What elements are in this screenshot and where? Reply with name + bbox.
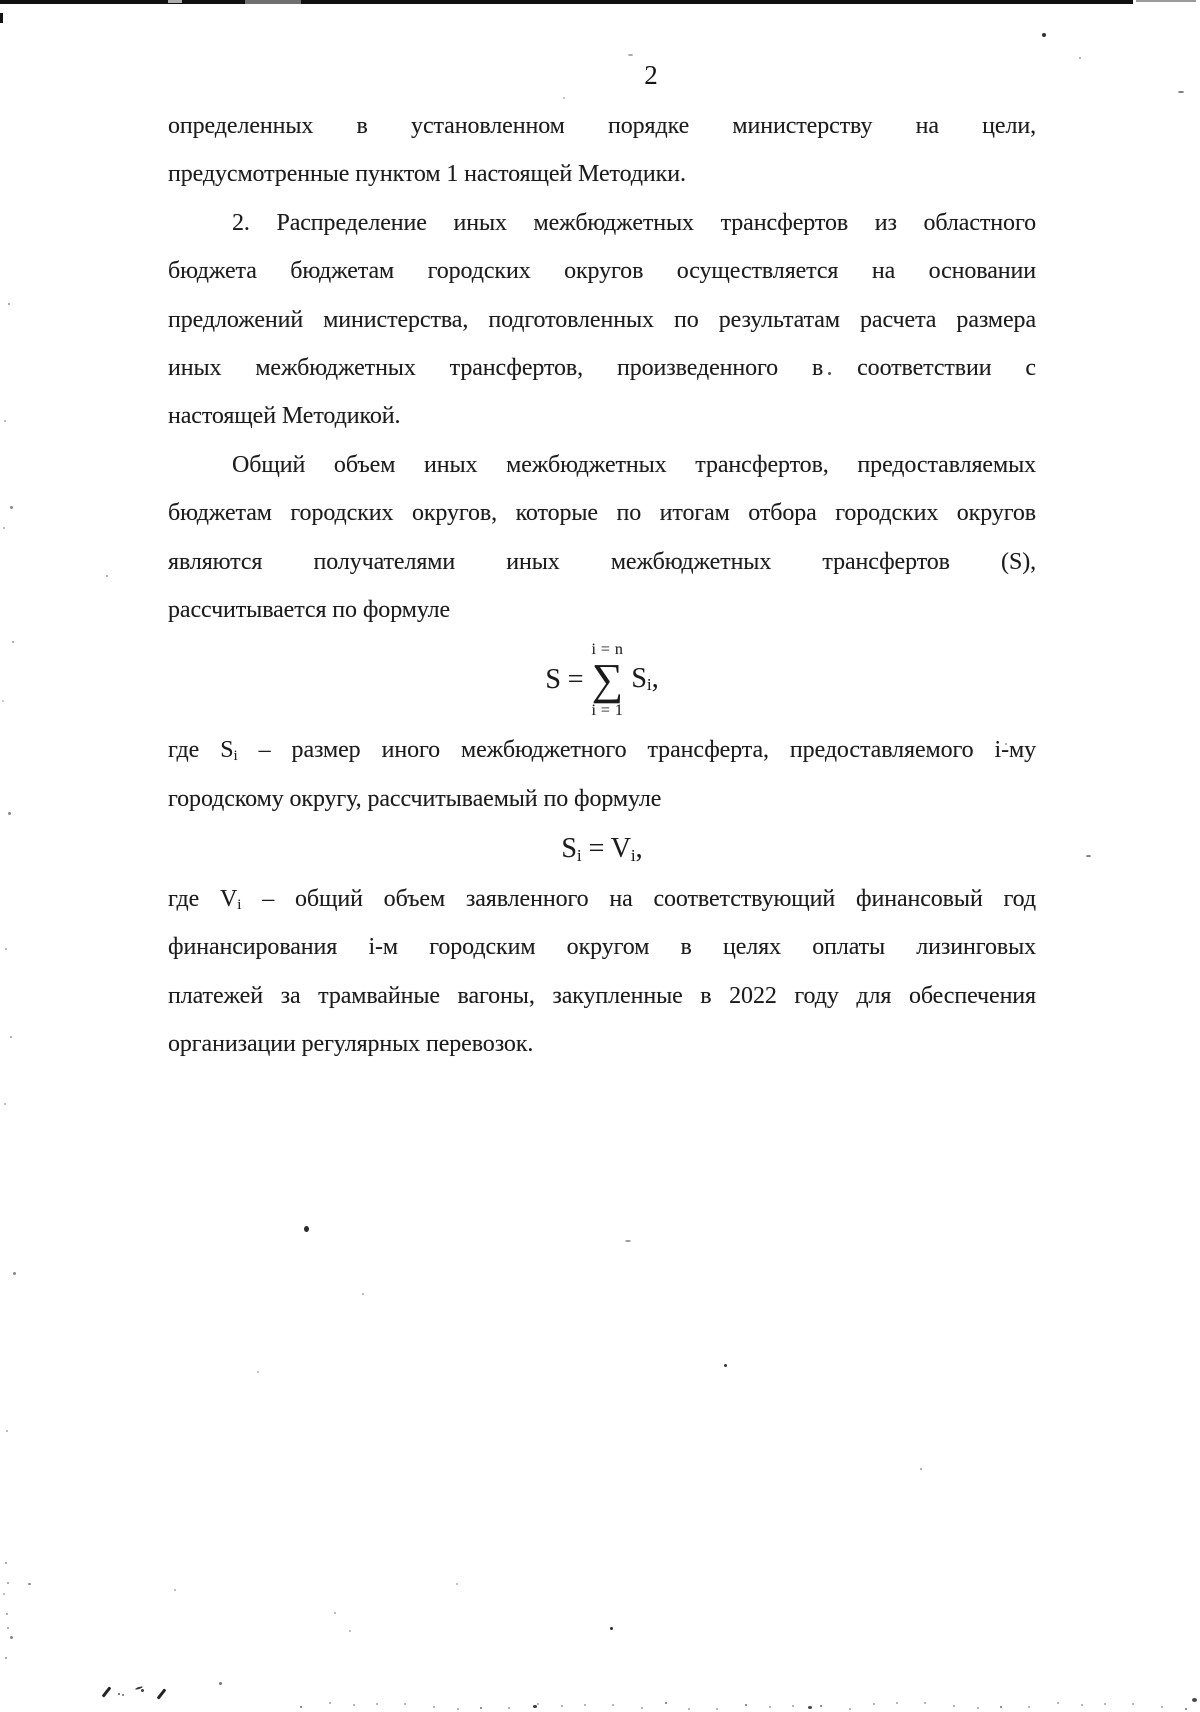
sum-term-subscript: i [647,675,652,694]
text-line: организации регулярных перевозок. [168,1020,1036,1068]
scan-speck [1028,1706,1030,1708]
scan-speck [135,1686,143,1690]
scan-speck [5,948,7,950]
scan-speck [257,1371,259,1373]
scan-speck [1192,1698,1197,1702]
subscript: i [237,897,241,913]
scan-speck [612,1704,614,1706]
scan-edge-nub [0,13,3,23]
scan-edge-bar-right [1136,0,1196,2]
text-run: , [636,833,643,864]
scan-speck [561,1705,563,1707]
scan-speck [5,1657,7,1659]
sigma-stack: i = n∑i = 1 [591,640,623,720]
sum-lower-limit: i = 1 [591,701,623,720]
text-run: рассчитывается по формуле [168,597,450,623]
text-line: 2. Распределение иных межбюджетных транс… [168,199,1036,247]
text-run: городскому округу, рассчитываемый по фор… [168,786,661,812]
paragraph: определенных в установленном порядке мин… [168,102,1036,199]
text-line: финансирования i-м городским округом в ц… [168,923,1036,971]
scan-speck [12,641,14,643]
text-line: рассчитывается по формуле [168,586,1036,634]
scan-speck [920,1468,922,1470]
scan-speck [641,1707,643,1709]
scan-speck [584,1704,586,1706]
paragraph: 2. Распределение иных межбюджетных транс… [168,199,1036,441]
scan-speck [1161,1706,1163,1708]
scan-speck [1086,855,1091,857]
scan-speck [304,1226,309,1232]
text-line: определенных в установленном порядке мин… [168,102,1036,150]
scan-speck [106,575,108,577]
subscript: i [577,846,582,865]
sum-formula-row: S =i = n∑i = 1Si, [545,640,658,720]
document-body: определенных в установленном порядке мин… [168,102,1036,1069]
text-line: настоящей Методикой. [168,392,1036,440]
scan-speck [5,1562,7,1564]
scan-speck [769,1706,771,1708]
scan-speck [508,1707,510,1709]
scan-speck [724,1364,727,1367]
text-line: бюджета бюджетам городских округов осуще… [168,247,1036,295]
scan-speck [3,1593,5,1595]
scan-speck [118,1693,120,1695]
scan-speck [1079,57,1081,59]
subscript: i [631,846,636,865]
scan-speck [329,1702,331,1704]
scan-speck [376,1703,378,1705]
text-line: бюджетам городских округов, которые по и… [168,489,1036,537]
scan-speck [716,1708,718,1710]
scan-speck [610,1627,613,1630]
scan-speck [873,1703,875,1705]
scan-speck [563,97,565,99]
scan-speck [1185,1708,1187,1710]
scan-speck [4,420,6,422]
scan-speck [404,1703,406,1705]
text-run: предложений министерства, подготовленных… [168,307,1036,333]
scan-speck [7,1627,9,1629]
sum-term-base: S [631,663,646,694]
scan-speck [456,1583,458,1585]
scan-speck [8,303,10,305]
scan-speck [362,1293,364,1295]
page-number: 2 [636,60,666,90]
paragraph: где Vi – общий объем заявленного на соот… [168,875,1036,1069]
scan-speck [1057,1702,1059,1704]
scan-speck [10,1036,12,1038]
scan-speck [8,812,11,815]
scan-speck [896,1702,898,1704]
scan-speck [6,1613,8,1615]
pen-mark [157,1688,167,1699]
sum-formula: S =i = n∑i = 1Si, [168,634,1036,726]
scan-speck [1178,91,1184,93]
scan-speck [122,1694,124,1696]
text-run: определенных в установленном порядке мин… [168,113,1036,139]
scan-edge-bar-gray [245,0,301,4]
scan-speck [1104,1703,1106,1705]
scan-speck [1132,1703,1134,1705]
sum-term-comma: , [652,663,659,694]
scan-speck [849,1708,851,1710]
text-line: предусмотренные пунктом 1 настоящей Мето… [168,150,1036,198]
scan-speck [3,527,5,529]
scan-edge-bar [0,0,1133,4]
text-run: настоящей Методикой. [168,403,400,429]
text-line: являются получателями иных межбюджетных … [168,538,1036,586]
scan-speck [433,1706,435,1708]
scan-speck [6,1430,8,1432]
paragraph: Общий объем иных межбюджетных трансферто… [168,441,1036,635]
scan-speck [219,1682,222,1685]
text-line: где Si – размер иного межбюджетного тран… [168,726,1036,774]
text-run: S [561,833,576,864]
scan-speck [10,1636,13,1639]
text-run: где V [168,886,237,912]
scan-speck [2,700,4,702]
scan-speck [792,1705,794,1707]
sigma-symbol: ∑ [592,659,623,701]
scan-speck [820,1705,822,1707]
text-run: предусмотренные пунктом 1 настоящей Мето… [168,161,686,187]
scan-speck [1081,1704,1083,1706]
scan-speck [537,1703,539,1705]
text-run: финансирования i-м городским округом в ц… [168,934,1036,960]
text-run: – общий объем заявленного на соответству… [241,886,1036,912]
scan-speck [977,1707,979,1709]
scan-speck [141,1689,144,1692]
scan-speck [628,54,633,56]
scan-speck [353,1704,355,1706]
scan-speck [13,1272,16,1275]
scan-speck [480,1707,482,1709]
scan-speck [4,1103,6,1105]
text-run: организации регулярных перевозок. [168,1031,533,1057]
scan-speck [28,1583,31,1585]
scan-speck [808,1706,812,1709]
text-line: городскому округу, рассчитываемый по фор… [168,775,1036,823]
scan-speck [665,1702,667,1704]
text-line: платежей за трамвайные вагоны, закупленн… [168,972,1036,1020]
text-line: иных межбюджетных трансфертов, произведе… [168,344,1036,392]
inline-formula: Si = Vi, [168,823,1036,875]
scan-speck [174,1589,176,1591]
text-line: где Vi – общий объем заявленного на соот… [168,875,1036,923]
sum-left-side: S = [545,664,583,696]
paragraph: где Si – размер иного межбюджетного тран… [168,726,1036,823]
text-run: являются получателями иных межбюджетных … [168,549,1036,575]
text-run: 2. Распределение иных межбюджетных транс… [232,210,1036,236]
subscript: i [233,748,237,764]
scan-speck [457,1708,459,1710]
pen-mark [102,1686,112,1697]
scan-speck [1000,1706,1002,1708]
scan-speck [334,1612,336,1614]
text-line: предложений министерства, подготовленных… [168,296,1036,344]
scan-speck [745,1704,747,1706]
scan-speck [688,1708,690,1710]
text-run: Общий объем иных межбюджетных трансферто… [232,452,1036,478]
scan-speck [10,506,13,509]
scanned-document-page: { "page": { "number": "2", "background_c… [0,0,1200,1712]
text-run: – размер иного межбюджетного трансферта,… [238,737,1036,763]
scan-speck [533,1705,537,1708]
text-run: иных межбюджетных трансфертов, произведе… [168,355,1036,381]
scan-speck [300,1706,302,1708]
scan-speck [625,1240,631,1242]
scan-speck [953,1705,955,1707]
scan-speck [924,1702,926,1704]
text-run: бюджетам городских округов, которые по и… [168,500,1036,526]
text-run: = V [582,833,631,864]
scan-speck [1042,33,1046,37]
text-run: где S [168,737,233,763]
scan-edge-bar-notch [168,0,182,3]
sum-term: Si, [631,663,658,698]
scan-speck [349,1630,351,1632]
text-line: Общий объем иных межбюджетных трансферто… [168,441,1036,489]
scan-speck [7,1582,9,1584]
text-run: платежей за трамвайные вагоны, закупленн… [168,983,1036,1009]
text-run: бюджета бюджетам городских округов осуще… [168,258,1036,284]
